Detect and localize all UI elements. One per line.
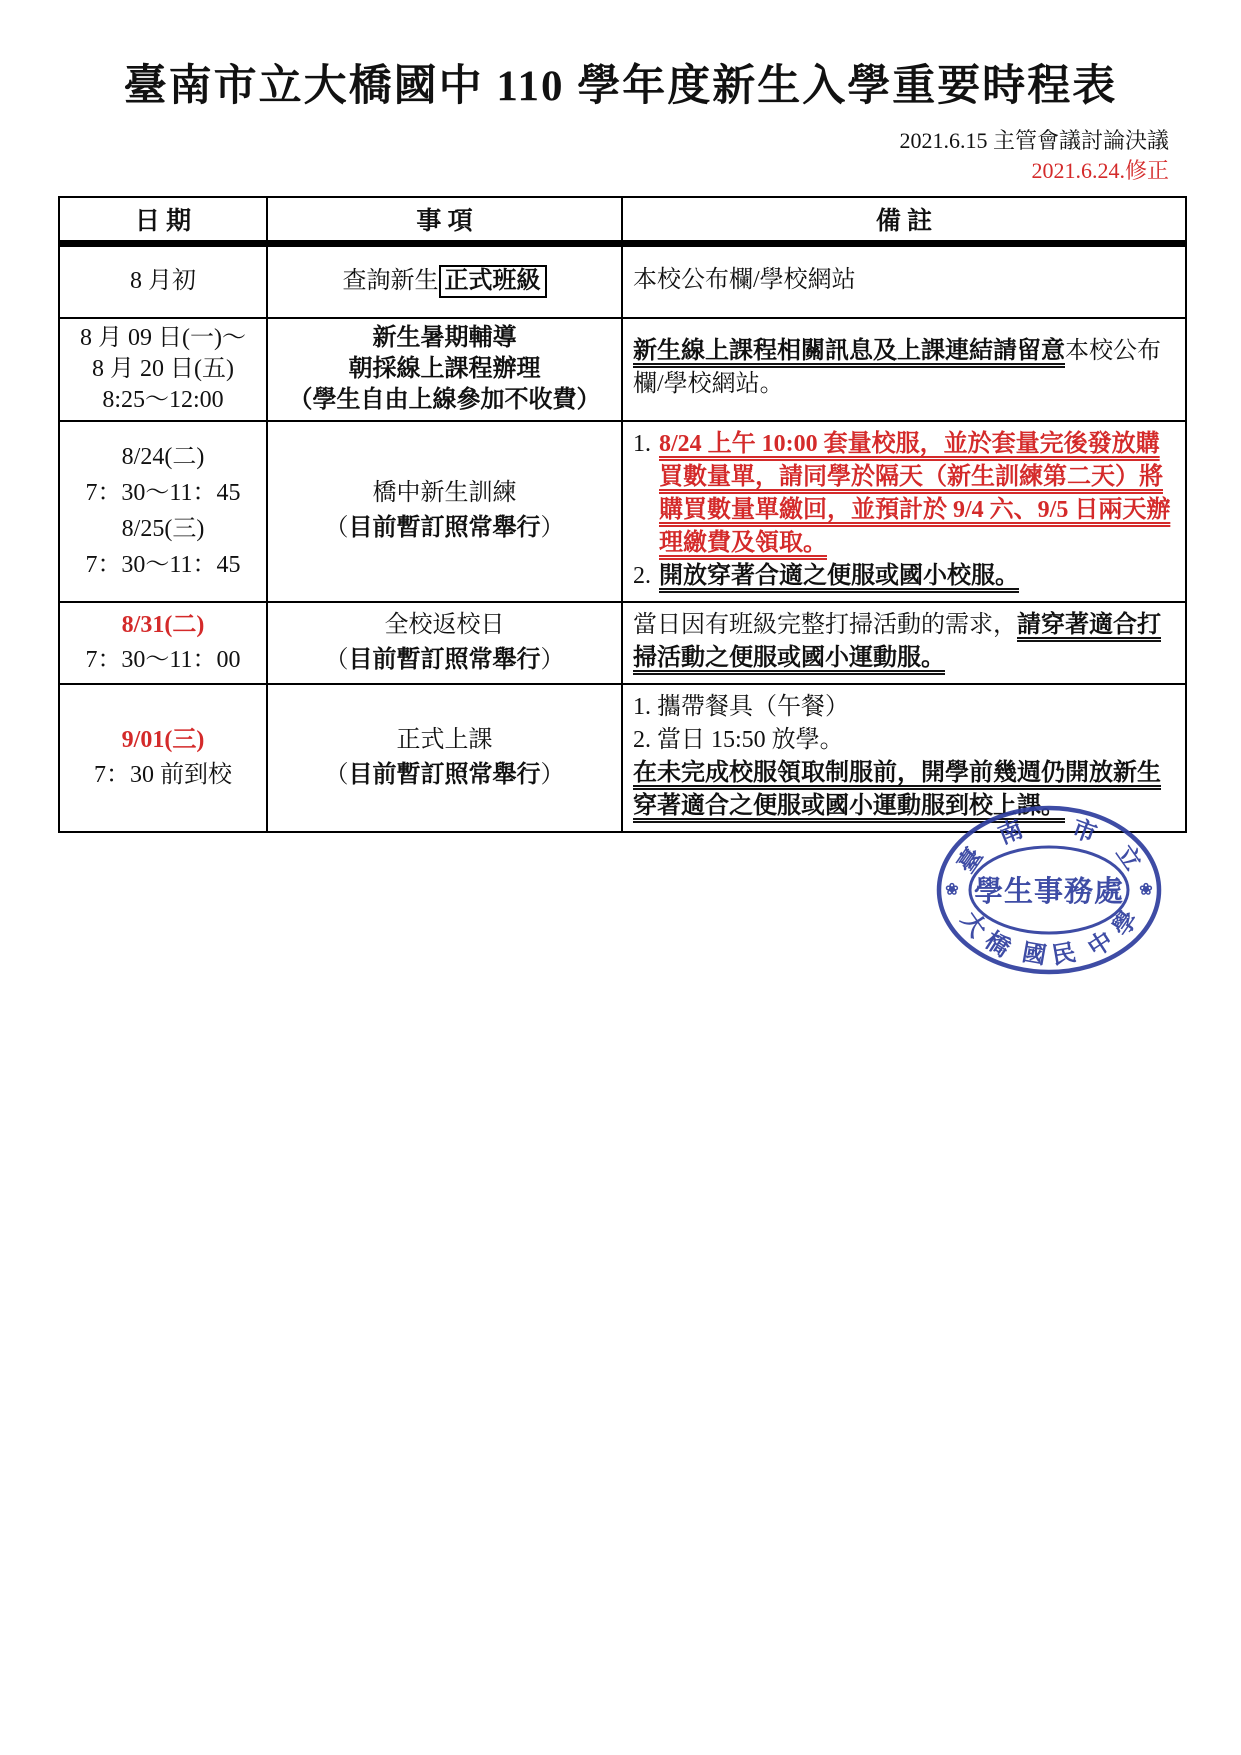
row0-event: 查詢新生正式班級 [267, 244, 622, 318]
row2-paren-open: （ [325, 515, 349, 541]
header-event: 事 項 [267, 197, 622, 244]
stamp-bottom-char-4: 民 [1050, 939, 1078, 970]
stamp-top-char-1: 臺 [953, 843, 989, 878]
row4-paren-open: （ [325, 762, 349, 788]
row4-note-item1: 1. 攜帶餐具（午餐） [633, 691, 1177, 724]
meeting-note: 2021.6.15 主管會議討論決議 [899, 126, 1169, 156]
row2-date-line1: 8/24(二) [62, 439, 264, 475]
row3-event-line1: 全校返校日 [272, 608, 617, 643]
row4-date: 9/01(三) 7：30 前到校 [59, 684, 267, 832]
row2-note-item1: 1. 8/24 上午 10:00 套量校服，並於套量完後發放購買數量單，請同學於… [633, 428, 1177, 560]
row4-event-line2-bold: 目前暫訂照常舉行 [349, 762, 541, 788]
row3-event-line2: （目前暫訂照常舉行） [272, 643, 617, 678]
row2-date: 8/24(二) 7：30～11：45 8/25(三) 7：30～11：45 [59, 421, 267, 602]
row1-date: 8 月 09 日(一)～ 8 月 20 日(五) 8:25～12:00 [59, 318, 267, 421]
page-title: 臺南市立大橋國中 110 學年度新生入學重要時程表 [0, 52, 1241, 113]
row3-date-line1: 8/31(二) [62, 608, 264, 643]
row4-event-line1: 正式上課 [272, 723, 617, 758]
row2-date-line4: 7：30～11：45 [62, 547, 264, 583]
stamp-flower-left-icon: ❀ [945, 882, 958, 899]
row1-date-line3: 8:25～12:00 [62, 385, 264, 416]
row2-note-item2: 2. 開放穿著合適之便服或國小校服。 [633, 560, 1177, 593]
row3-note: 當日因有班級完整打掃活動的需求，請穿著適合打掃活動之便服或國小運動服。 [622, 602, 1186, 684]
row2-item2-text: 開放穿著合適之便服或國小校服。 [659, 560, 1177, 593]
subtitle-block: 2021.6.15 主管會議討論決議 2021.6.24.修正 [899, 126, 1169, 186]
row2-item2-number: 2. [633, 560, 659, 593]
row1-note-emphasis: 新生線上課程相關訊息及上課連結請留意 [633, 338, 1065, 364]
row1-event-line3: （學生自由上線參加不收費） [272, 385, 617, 416]
row0-event-text: 查詢新生 [343, 268, 439, 294]
stamp-top-char-3: 市 [1068, 815, 1100, 849]
row1-note: 新生線上課程相關訊息及上課連結請留意本校公布欄/學校網站。 [622, 318, 1186, 421]
header-note: 備 註 [622, 197, 1186, 244]
row4-event: 正式上課 （目前暫訂照常舉行） [267, 684, 622, 832]
table-row: 8 月 09 日(一)～ 8 月 20 日(五) 8:25～12:00 新生暑期… [59, 318, 1186, 421]
row2-date-line3: 8/25(三) [62, 511, 264, 547]
row2-event-line2-bold: 目前暫訂照常舉行 [349, 515, 541, 541]
schedule-table: 日 期 事 項 備 註 8 月初 查詢新生正式班級 本校公布欄/學校網站 8 月… [58, 196, 1187, 833]
row3-event-line2-bold: 目前暫訂照常舉行 [349, 647, 541, 673]
document-page: 臺南市立大橋國中 110 學年度新生入學重要時程表 2021.6.15 主管會議… [0, 0, 1241, 1755]
row3-event: 全校返校日 （目前暫訂照常舉行） [267, 602, 622, 684]
row2-event-line2: （目前暫訂照常舉行） [272, 511, 617, 546]
row3-date-line2: 7：30～11：00 [62, 643, 264, 678]
school-seal-stamp: 學生事務處 臺 南 市 立 大 橋 國 民 中 學 ❀ ❀ [933, 803, 1165, 977]
row0-note: 本校公布欄/學校網站 [622, 244, 1186, 318]
stamp-flower-right-icon: ❀ [1139, 882, 1152, 899]
row1-event-line2: 朝採線上課程辦理 [272, 354, 617, 385]
table-row: 8/24(二) 7：30～11：45 8/25(三) 7：30～11：45 橋中… [59, 421, 1186, 602]
row4-note-item2: 2. 當日 15:50 放學。 [633, 724, 1177, 757]
row2-item1-text: 8/24 上午 10:00 套量校服，並於套量完後發放購買數量單，請同學於隔天（… [659, 428, 1177, 560]
row0-date: 8 月初 [59, 244, 267, 318]
row2-item1-number: 1. [633, 428, 659, 461]
row2-date-line2: 7：30～11：45 [62, 475, 264, 511]
row3-paren-open: （ [325, 647, 349, 673]
row1-date-line1: 8 月 09 日(一)～ [62, 323, 264, 354]
header-date: 日 期 [59, 197, 267, 244]
row1-event: 新生暑期輔導 朝採線上課程辦理 （學生自由上線參加不收費） [267, 318, 622, 421]
row1-date-line2: 8 月 20 日(五) [62, 354, 264, 385]
row2-event: 橋中新生訓練 （目前暫訂照常舉行） [267, 421, 622, 602]
stamp-top-char-2: 南 [994, 815, 1027, 850]
row3-note-normal: 當日因有班級完整打掃活動的需求， [633, 612, 1017, 638]
stamp-bottom-char-3: 國 [1020, 939, 1048, 970]
table-header-row: 日 期 事 項 備 註 [59, 197, 1186, 244]
table-row: 8/31(二) 7：30～11：00 全校返校日 （目前暫訂照常舉行） 當日因有… [59, 602, 1186, 684]
revision-note: 2021.6.24.修正 [899, 156, 1169, 186]
row4-date-line1: 9/01(三) [62, 723, 264, 758]
row1-event-line1: 新生暑期輔導 [272, 323, 617, 354]
row3-paren-close: ） [541, 647, 565, 673]
row2-note: 1. 8/24 上午 10:00 套量校服，並於套量完後發放購買數量單，請同學於… [622, 421, 1186, 602]
row4-date-line2: 7：30 前到校 [62, 758, 264, 793]
row2-paren-close: ） [541, 515, 565, 541]
row4-event-line2: （目前暫訂照常舉行） [272, 758, 617, 793]
stamp-center-text: 學生事務處 [974, 875, 1124, 908]
row2-event-line1: 橋中新生訓練 [272, 476, 617, 511]
row0-event-boxed: 正式班級 [439, 265, 547, 298]
row4-paren-close: ） [541, 762, 565, 788]
row3-date: 8/31(二) 7：30～11：00 [59, 602, 267, 684]
table-row: 8 月初 查詢新生正式班級 本校公布欄/學校網站 [59, 244, 1186, 318]
